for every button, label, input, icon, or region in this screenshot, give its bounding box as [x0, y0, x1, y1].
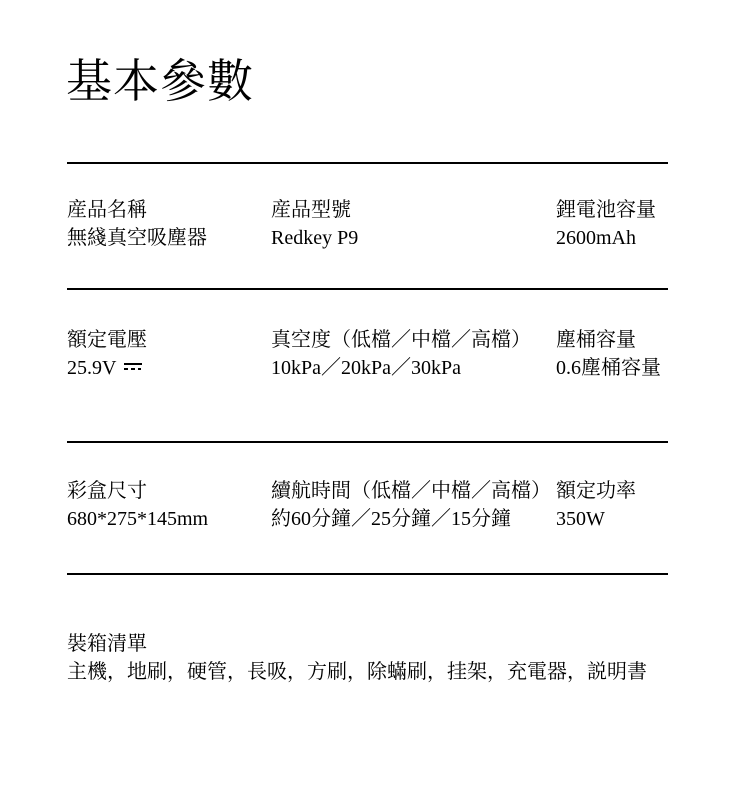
spec-label: 續航時間（低檔／中檔／高檔）: [271, 477, 551, 505]
spec-value: Redkey P9: [271, 224, 358, 252]
spec-value: 680*275*145mm: [67, 505, 208, 533]
divider: [67, 288, 668, 290]
spec-cell-rated-voltage: 額定電壓 25.9V: [67, 326, 147, 382]
spec-cell-box-size: 彩盒尺寸 680*275*145mm: [67, 477, 208, 533]
spec-value: 無綫真空吸塵器: [67, 224, 207, 252]
divider: [67, 573, 668, 575]
spec-cell-battery-capacity: 鋰電池容量 2600mAh: [556, 196, 656, 252]
dc-current-icon: [124, 363, 142, 370]
spec-cell-dustbin-capacity: 塵桶容量 0.6塵桶容量: [556, 326, 661, 382]
spec-value: 10kPa／20kPa／30kPa: [271, 354, 531, 382]
spec-value: 25.9V: [67, 354, 147, 382]
spec-cell-vacuum-degree: 真空度（低檔／中檔／高檔） 10kPa／20kPa／30kPa: [271, 326, 531, 382]
spec-label: 鋰電池容量: [556, 196, 656, 224]
spec-label: 産品名稱: [67, 196, 207, 224]
spec-cell-rated-power: 額定功率 350W: [556, 477, 636, 533]
divider: [67, 441, 668, 443]
spec-cell-packing-list: 裝箱清單 主機，地刷，硬管，長吸，方刷，除蟎刷，挂架，充電器，説明書: [67, 630, 647, 686]
spec-value: 主機，地刷，硬管，長吸，方刷，除蟎刷，挂架，充電器，説明書: [67, 658, 647, 686]
spec-value-text: 25.9V: [67, 357, 116, 379]
spec-label: 額定功率: [556, 477, 636, 505]
spec-label: 裝箱清單: [67, 630, 647, 658]
spec-value: 2600mAh: [556, 224, 656, 252]
spec-label: 真空度（低檔／中檔／高檔）: [271, 326, 531, 354]
spec-value: 350W: [556, 505, 636, 533]
page-title: 基本參數: [66, 53, 254, 111]
spec-sheet-page: 基本參數 産品名稱 無綫真空吸塵器 産品型號 Redkey P9 鋰電池容量 2…: [0, 0, 750, 795]
spec-value: 約60分鐘／25分鐘／15分鐘: [271, 505, 551, 533]
divider: [67, 162, 668, 164]
spec-label: 彩盒尺寸: [67, 477, 208, 505]
spec-label: 額定電壓: [67, 326, 147, 354]
spec-cell-product-model: 産品型號 Redkey P9: [271, 196, 358, 252]
spec-label: 産品型號: [271, 196, 358, 224]
spec-label: 塵桶容量: [556, 326, 661, 354]
spec-cell-runtime: 續航時間（低檔／中檔／高檔） 約60分鐘／25分鐘／15分鐘: [271, 477, 551, 533]
spec-cell-product-name: 産品名稱 無綫真空吸塵器: [67, 196, 207, 252]
spec-value: 0.6塵桶容量: [556, 354, 661, 382]
